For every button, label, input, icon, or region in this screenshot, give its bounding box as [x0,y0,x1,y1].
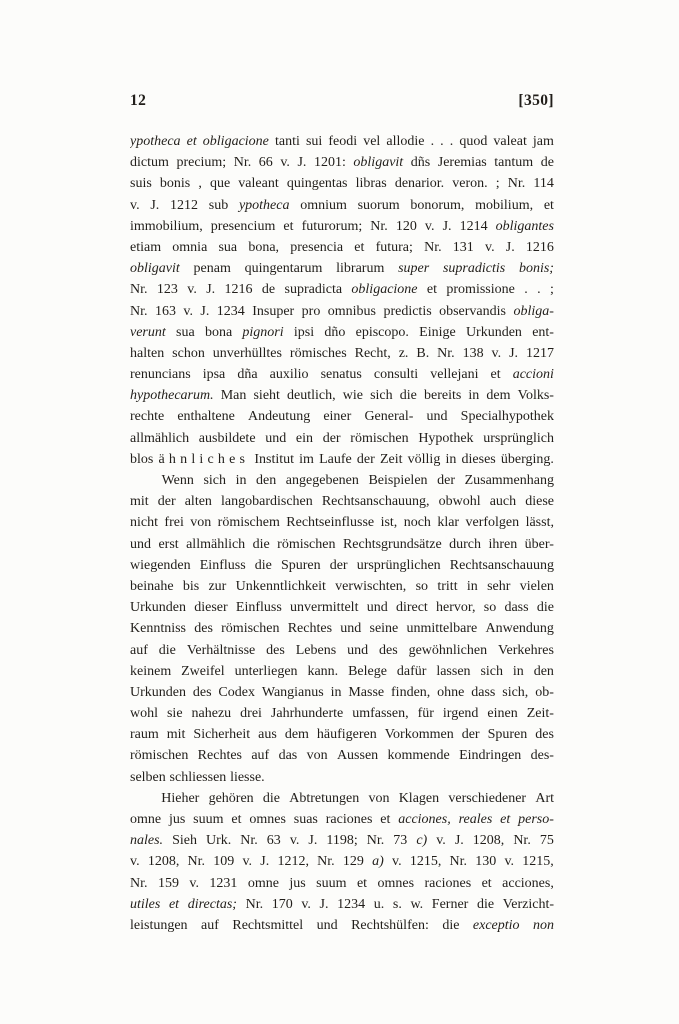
text-word: Einfluss [200,555,246,576]
text-word: einer [323,406,351,427]
text-word: supradicta [285,279,343,300]
text-line: HiehergehörendieAbtretungenvonKlagenvers… [130,788,554,809]
text-word: bonis [160,173,190,194]
text-word: J. [260,851,269,872]
text-word: verfolgen [466,512,520,533]
text-word: römischen [277,534,335,555]
text-word: General- [364,406,413,427]
text-word: Sieh [172,830,197,851]
paragraph: HiehergehörendieAbtretungenvonKlagenvers… [130,788,554,936]
text-word: ; [550,279,554,300]
text-word: v. [392,851,402,872]
text-word: nicht [130,512,158,533]
text-word: Nr. [130,301,148,322]
text-line: wohlsienahezudreiJahrhunderteumfassen,fü… [130,703,554,724]
text-word: bona, [248,237,279,258]
text-word: zur [208,576,226,597]
text-word: sieht [253,385,279,406]
text-word: und [427,406,448,427]
text-word: que [210,173,230,194]
text-word: über- [525,534,554,555]
text-word: v. [492,343,502,364]
text-word: obligantes [496,216,554,237]
text-line: v.1208,Nr.109v.J.1212,Nr.129a)v.1215,Nr.… [130,851,554,872]
text-word: 170 [272,894,293,915]
text-word: allodie [386,131,424,152]
text-word: Anwendung [486,618,554,639]
text-word: obligavit [353,152,403,173]
text-word: sui [306,131,322,152]
text-word: 1216 [526,237,554,258]
text-word: überging. [501,449,554,470]
text-word: angegebenen [286,470,359,491]
text-word: und [317,915,338,936]
text-word: omnia [172,237,207,258]
text-word: vielen [520,576,554,597]
text-word: acciones, [398,809,450,830]
text-word: ipsa [203,364,226,385]
text-word: s. [393,894,402,915]
text-word: 1234 [337,894,365,915]
text-word: v. [436,830,446,851]
text-word: römischem [218,512,280,533]
text-word: Wangianus [262,682,324,703]
text-word: J. [455,830,464,851]
text-line: wiegendenEinflussdieSpurenderursprünglic… [130,555,554,576]
text-line: UrkundendieserEinflussunvermitteltunddir… [130,597,554,618]
text-word: observandis [439,301,506,322]
text-word: auxilio [270,364,309,385]
text-word: des [535,724,554,745]
text-word: renuncians [130,364,191,385]
text-word: precium; [176,152,226,173]
text-line: keinemZweifelunterliegenkann.Belegedafür… [130,661,554,682]
text-word: Aussen [337,745,378,766]
text-word: valeant [238,173,278,194]
text-line: WennsichindenangegebenenBeispielenderZus… [130,470,554,491]
text-word: Recht, [355,343,391,364]
text-word: v. [187,279,197,300]
text-word: schliessen [170,767,227,788]
text-word: futura; [376,237,413,258]
text-word: dñs [411,152,430,173]
text-word: in [236,470,247,491]
text-word: de [262,279,275,300]
text-word: Belege [348,661,387,682]
text-word: raciones [425,873,472,894]
text-word: blos [130,449,153,470]
text-word: klar [437,512,459,533]
text-word: die [159,640,176,661]
text-word: ursprünglich [483,428,554,449]
text-word: senatus [321,364,362,385]
text-word: veron. [452,173,487,194]
text-word: ipsi [294,322,314,343]
text-word: bereits [424,385,461,406]
text-line: nichtfreivonrömischemRechtseinflusseist,… [130,512,554,533]
text-word: raum [130,724,159,745]
text-word: v. [301,894,311,915]
text-word: römischen [221,618,279,639]
text-word: dictum [130,152,169,173]
text-word: Rechtseinflusse [286,512,374,533]
column-reference: [350] [518,92,554,110]
text-word: so [416,576,428,597]
text-word: . [440,131,444,152]
text-word: obligavit [130,258,180,279]
text-word: v. [242,851,252,872]
text-word: für [418,703,434,724]
text-word: immobilium, [130,216,203,237]
text-word: die [400,385,417,406]
text-word: accioni [513,364,554,385]
text-word: des [194,618,213,639]
text-word: suorum [358,195,400,216]
running-head: 12 [350] [130,92,554,110]
text-word: 73 [393,830,407,851]
text-word: römischen [130,745,188,766]
text-word: promissione [446,279,514,300]
text-word: 1208, [148,851,180,872]
text-word: Nr. [437,343,455,364]
text-word: Institut [254,449,294,470]
text-word: die [537,597,554,618]
text-line: selbenschliessenliesse. [130,767,554,788]
text-word: episcopo. [356,322,409,343]
text-word: denarior. [395,173,444,194]
text-word: J. [297,152,306,173]
text-line: mitderaltenlangobardischenRechtsanschauu… [130,491,554,512]
text-word: bona [205,322,232,343]
text-word: v. [130,195,140,216]
text-word: allmählich [130,428,189,449]
text-word: verwischten, [335,576,406,597]
text-word: et [482,873,492,894]
text-word: auch [490,491,516,512]
text-word: der [357,449,375,470]
text-word: sua [218,237,237,258]
text-word: raciones [326,809,373,830]
text-line: suisbonis,quevaleantquingentaslibrasdena… [130,173,554,194]
text-word: omnium [300,195,347,216]
text-word: finden, [391,682,430,703]
text-word: et [231,809,241,830]
text-word: non [533,915,554,936]
text-line: UrkundendesCodexWangianusinMassefinden,o… [130,682,554,703]
text-word: alten [185,491,212,512]
text-word: leistungen [130,915,188,936]
text-word: seine [370,618,399,639]
text-word: von [307,745,328,766]
text-word: 1231 [209,873,237,894]
text-word: bonis; [519,258,554,279]
text-word: dass [471,682,495,703]
text-word: libras [356,173,387,194]
text-word: Nr. [234,152,252,173]
text-word: Lebens [296,640,336,661]
text-word: et [283,216,293,237]
text-word: w. [410,894,423,915]
text-word: quod [459,131,487,152]
text-line: raummitSicherheitausdemhäufigerenVorkomm… [130,724,554,745]
text-word: Zeit- [527,703,554,724]
text-word: v. [130,851,140,872]
text-word: enthaltene [177,406,235,427]
text-word: ausbildete [199,428,256,449]
text-word: 1234 [217,301,245,322]
text-word: suum [193,809,223,830]
text-word: von [190,512,211,533]
text-word: der [437,470,455,491]
text-word: des [193,682,212,703]
text-word: suum [316,873,346,894]
text-word: allmählich [186,534,245,555]
text-word: J. [150,195,159,216]
text-word: dieser [194,597,227,618]
text-word: völlig [408,449,441,470]
text-line: ypothecaetobligacionetantisuifeodivelall… [130,131,554,152]
text-word: tritt [437,576,457,597]
text-word: unterliegen [235,661,298,682]
text-word: Spuren [488,724,528,745]
page-number: 12 [130,92,146,110]
text-word: keinem [130,661,171,682]
text-word: den [534,661,554,682]
text-word: sua [176,322,195,343]
text-word: halten [130,343,164,364]
text-word: unverhülltes [213,343,282,364]
text-word: et [187,131,197,152]
text-word: omnibus [328,301,376,322]
text-word: römisches [290,343,347,364]
text-word: omne [130,809,161,830]
text-word: 1215, [410,851,442,872]
text-word: futurorum; [302,216,363,237]
text-line: etiamomniasuabona,presenciaetfutura;Nr.1… [130,237,554,258]
text-word: v. [183,301,193,322]
text-word: tantum [494,152,533,173]
text-word: penam [194,258,231,279]
text-word: Zweifel [181,661,225,682]
text-word: Nr. [367,830,385,851]
text-word: gehören [209,788,254,809]
text-word: rechte [130,406,164,427]
text-word: auf [130,640,148,661]
text-word: . [431,131,435,152]
text-word: J. [308,830,317,851]
text-word: sich, [502,682,528,703]
text-line: Nr.123v.J.1216desupradictaobligacioneetp… [130,279,554,300]
text-word: Verzicht- [503,894,554,915]
text-word: direct [396,597,428,618]
text-word: Volks- [518,385,554,406]
text-word: J. [509,343,518,364]
text-word: sich [480,661,503,682]
text-word: ypotheca [130,131,181,152]
text-word: hypothecarum. [130,385,214,406]
text-word: ihren [488,534,517,555]
text-word: mit [167,724,186,745]
scanned-book-page: 12 [350] ypothecaetobligacionetantisuife… [0,0,679,1024]
text-word: Einfluss [236,597,282,618]
text-word: die [263,788,280,809]
text-word: v. [290,830,300,851]
text-word: pignori [242,322,283,343]
text-word: Nr. [130,873,148,894]
text-word: aus [258,724,277,745]
text-word: Ferner [432,894,469,915]
text-line: renunciansipsadñaauxiliosenatusconsultiv… [130,364,554,385]
text-word: v. [189,873,199,894]
text-word: nales. [130,830,163,851]
text-word: et [354,237,364,258]
text-word: Man [221,385,247,406]
text-word: Rechtes [288,618,332,639]
text-word: 75 [540,830,554,851]
text-word: in [467,576,478,597]
text-word: auf [201,915,219,936]
text-word: unvermittelt [290,597,358,618]
text-word: nahezu [192,703,232,724]
text-word: a) [372,851,384,872]
text-word: Rechtsanschauung, [322,491,430,512]
text-word: 1201: [314,152,346,173]
text-word: Verkehres [498,640,554,661]
paragraph: ypothecaetobligacionetantisuifeodivelall… [130,131,554,470]
text-line: nales.SiehUrk.Nr.63v.J.1198;Nr.73c)v.J.1… [130,830,554,851]
text-word: J. [320,894,329,915]
text-line: blosähnlichesInstitutimLaufederZeitvölli… [130,449,554,470]
text-word: sehr [487,576,510,597]
text-word: Einige [419,322,456,343]
text-word: auf [251,745,269,766]
text-word: Codex [218,682,255,703]
text-word: lässt, [526,512,554,533]
text-word: unmittelbare [407,618,478,639]
text-word: Rechtsmittel [232,915,303,936]
text-word: gewöhnlichen [409,640,488,661]
text-word: tanti [275,131,300,152]
text-word: wie [343,385,363,406]
text-word: frei [164,512,183,533]
text-line: understallmählichdierömischenRechtsgrund… [130,534,554,555]
text-word: den [256,470,276,491]
text-line: Nr.159v.1231omnejussuumetomnesracioneset… [130,873,554,894]
text-word: 159 [158,873,179,894]
text-word: J. [443,216,452,237]
text-word: et [169,894,179,915]
text-word: et [380,809,390,830]
text-word: in [445,449,456,470]
text-word: Vorkommen [385,724,454,745]
text-word: schon [172,343,205,364]
text-word: ; [496,173,500,194]
text-word: librarum [336,258,384,279]
text-word: 1216 [225,279,253,300]
text-word: et [491,364,501,385]
text-word: 1198; [326,830,357,851]
text-word: ist, [381,512,398,533]
text-word: Nr. [513,830,531,851]
text-line: Nr.163v.J.1234Insuperproomnibuspredictis… [130,301,554,322]
text-word: Nr. [240,830,258,851]
text-word: Klagen [399,788,439,809]
text-word: irgend [443,703,479,724]
text-word: quingentarum [245,258,323,279]
text-word: dass [504,597,528,618]
text-word: reales [459,809,493,830]
text-word: Nr. [370,216,388,237]
text-word: Zeit [380,449,403,470]
text-word: in [331,682,342,703]
text-word: v. [280,152,290,173]
text-word: wohl [130,703,158,724]
text-word: Nr. [130,279,148,300]
text-word: diese [525,491,554,512]
text-word: bonorum, [410,195,464,216]
text-word: v. [485,237,495,258]
text-word: et [544,195,554,216]
text-word: 114 [533,173,553,194]
text-word: et [500,809,510,830]
text-line: dictumprecium;Nr.66v.J.1201:obligavitdñs… [130,152,554,173]
text-line: hypothecarum.Mansiehtdeutlich,wiesichdie… [130,385,554,406]
text-word: . [524,279,528,300]
text-word: 130 [475,851,496,872]
text-word: consulti [374,364,418,385]
text-word: Abtretungen [289,788,359,809]
text-line: omnejussuumetomnessuasracionesetacciones… [130,809,554,830]
text-word: ob- [535,682,554,703]
text-word: wiegenden [130,555,191,576]
text-word: einen [487,703,517,724]
text-word: exceptio [473,915,520,936]
text-word: 1212, [277,851,309,872]
text-word: vellejani [430,364,478,385]
text-word: Verhältnisse [187,640,255,661]
text-word: Hypothek [418,428,473,449]
text-word: Jeremias [438,152,487,173]
text-word: J. [200,301,209,322]
text-word: supradictis [443,258,505,279]
text-word: und [340,618,361,639]
text-word: jus [289,873,305,894]
text-word: Art [535,788,554,809]
text-word: die [255,555,272,576]
text-word: dño [324,322,345,343]
text-word: hervor, [436,597,475,618]
text-word: pro [302,301,321,322]
text-word: drei [240,703,262,724]
text-word: dem [285,724,309,745]
text-word: vel [363,131,380,152]
text-word: des [266,640,285,661]
text-word: obligacione [203,131,269,152]
text-word: Unkenntlichkeit [236,576,326,597]
text-word: selben [130,767,166,788]
text-word: presencium [211,216,276,237]
text-word: Sicherheit [193,724,250,745]
text-word: ähnliches [159,449,250,470]
text-word: 123 [157,279,178,300]
text-word: verschiedener [448,788,526,809]
text-word: dieses [462,449,496,470]
text-word: Rechtsgrundsätze [343,534,442,555]
text-word: bis [183,576,199,597]
text-word: noch [404,512,431,533]
text-word: Eindringen [459,745,521,766]
text-word: v. [504,851,514,872]
